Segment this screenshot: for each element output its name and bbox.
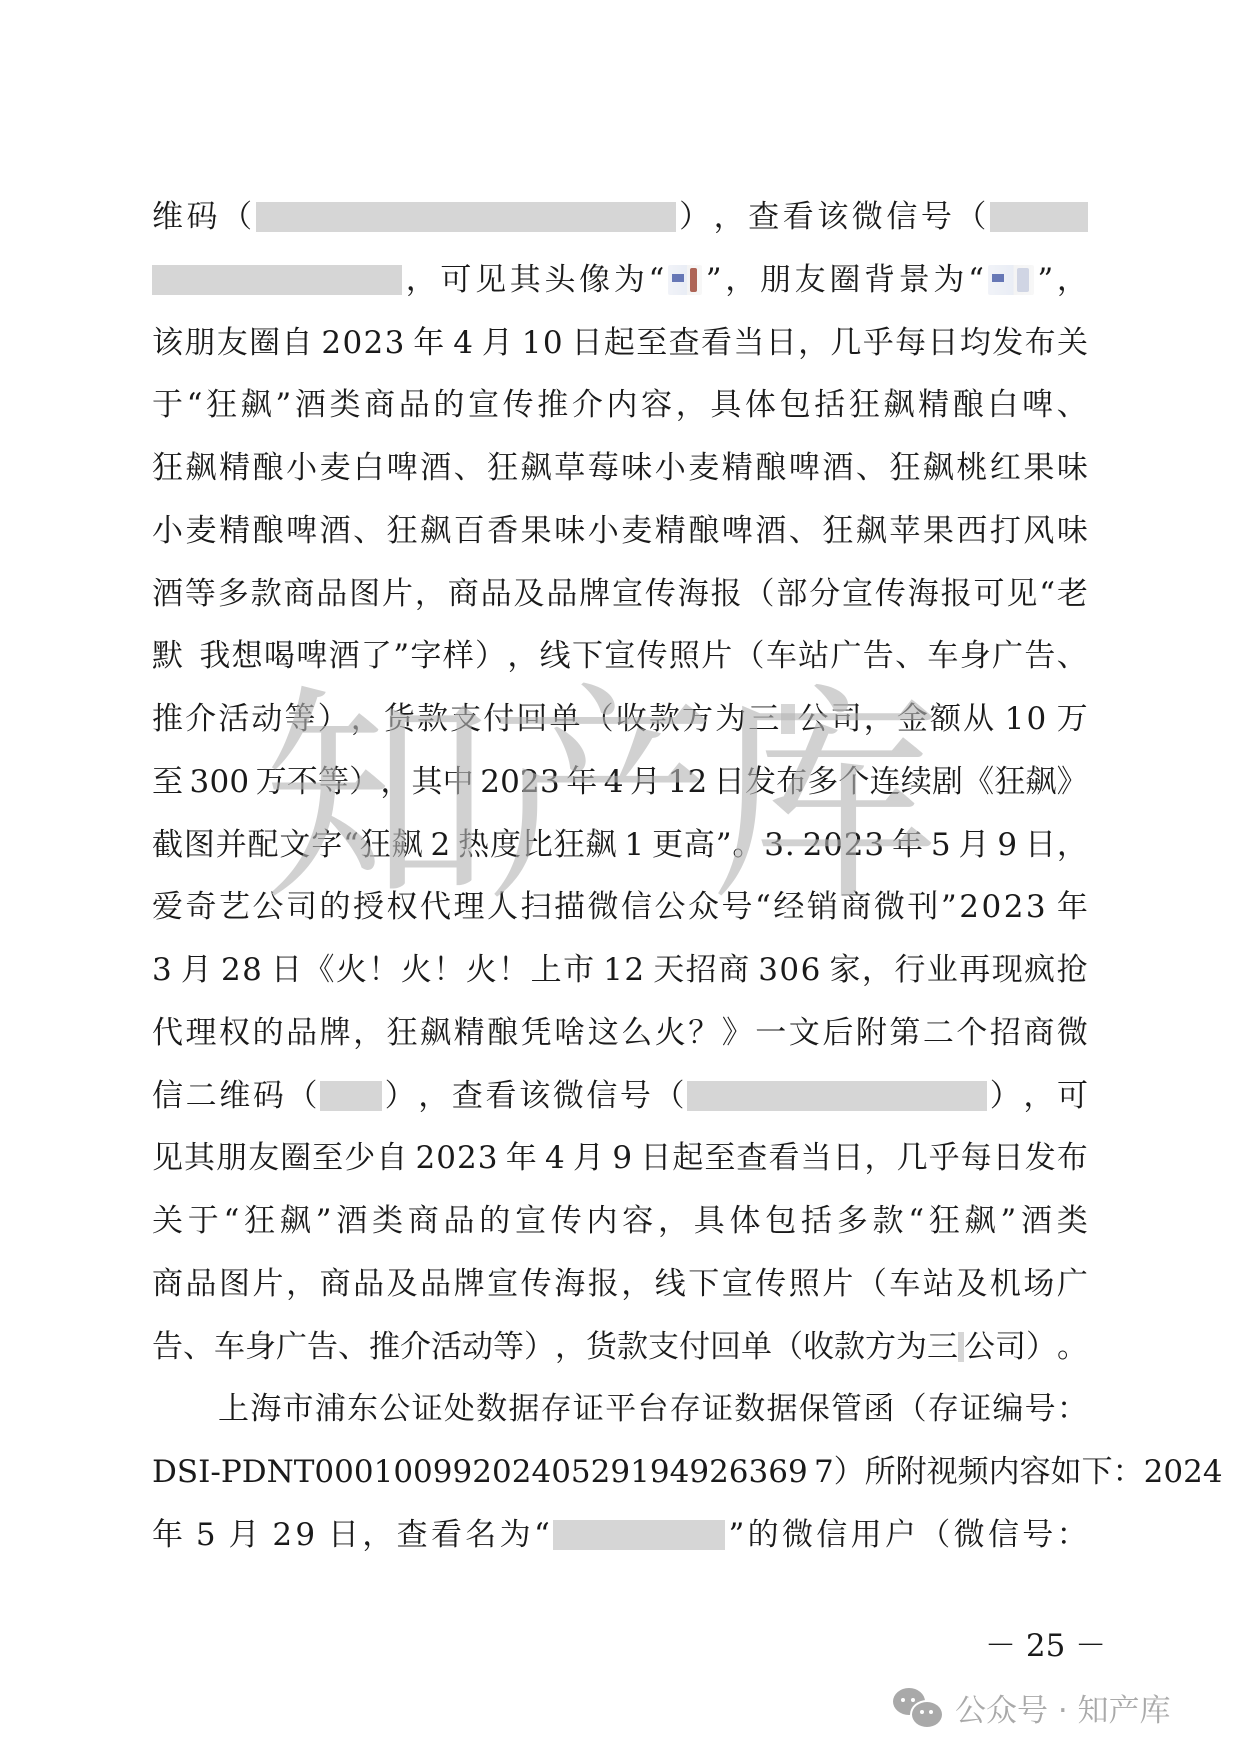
- text-char: 商: [364, 374, 395, 437]
- text-char: 2: [221, 939, 241, 1002]
- text-char: 信: [988, 1504, 1019, 1567]
- text-char: 东: [347, 1378, 378, 1441]
- text-char: 0: [543, 312, 563, 375]
- text-char: 微: [553, 1065, 584, 1128]
- text-char: 片: [822, 1253, 853, 1316]
- text-char: 6: [768, 1441, 788, 1504]
- text-char: 2: [709, 1441, 729, 1504]
- text-char: “: [187, 374, 203, 437]
- text-char: 理: [186, 1002, 217, 1065]
- text-char: 1: [374, 1441, 394, 1504]
- text-char: 具: [710, 374, 741, 437]
- text-char: 看: [768, 1127, 799, 1190]
- text-char: 0: [314, 1441, 334, 1504]
- text-char: 天: [653, 939, 684, 1002]
- text-char: [633, 1127, 639, 1190]
- text-char: 0: [551, 1441, 571, 1504]
- text-char: 3: [764, 814, 784, 877]
- text-char: [408, 1127, 414, 1190]
- text-char: 飙: [923, 437, 954, 500]
- text-char: 付: [679, 1316, 710, 1379]
- text-char: 味: [1057, 500, 1088, 563]
- text-char: 朋: [184, 312, 215, 375]
- text-char: 味: [554, 500, 585, 563]
- text-char: 公: [655, 876, 686, 939]
- text-char: ，: [418, 1065, 449, 1128]
- text-char: 及: [956, 1253, 987, 1316]
- text-char: ）: [475, 625, 506, 688]
- text-char: 默: [152, 625, 183, 688]
- text-char: 类: [1057, 1190, 1088, 1253]
- text-line: 3 月 28 日《火！火！火！上市 12 天招商 306 家，行业再现疯抢: [152, 939, 1088, 1002]
- text-char: 存: [541, 1378, 572, 1441]
- text-char: 小: [588, 500, 619, 563]
- text-char: 号: [620, 1065, 651, 1128]
- text-char: 红: [990, 437, 1021, 500]
- text-char: 均: [960, 312, 991, 375]
- text-char: 品: [316, 563, 347, 626]
- text-char: 酒: [755, 500, 786, 563]
- text-char: 见: [152, 1127, 183, 1190]
- text-char: 商: [1023, 1002, 1054, 1065]
- text-char: ，: [1057, 249, 1088, 312]
- text-char: “: [224, 1190, 240, 1253]
- text-char: 个: [838, 751, 869, 814]
- text-char: ”: [728, 1504, 744, 1567]
- text-char: 海: [250, 1378, 281, 1441]
- text-char: 的: [748, 1504, 779, 1567]
- text-char: 品: [420, 1253, 451, 1316]
- text-char: 少: [344, 1127, 375, 1190]
- text-char: [751, 939, 757, 1002]
- text-char: 海: [554, 1253, 585, 1316]
- text-char: ，: [714, 186, 745, 249]
- text-char: 酒: [320, 500, 351, 563]
- text-char: [514, 312, 520, 375]
- text-char: 及: [513, 563, 544, 626]
- text-char: 信: [886, 186, 917, 249]
- text-char: ”: [1000, 1190, 1016, 1253]
- text-char: 其: [412, 751, 443, 814]
- text-char: 喝: [264, 625, 295, 688]
- text-char: [624, 751, 630, 814]
- text-char: 如: [1051, 1441, 1082, 1504]
- text-char: 款: [617, 1316, 648, 1379]
- text-char: 维: [152, 186, 183, 249]
- text-char: 支: [450, 688, 481, 751]
- text-char: [192, 625, 198, 688]
- text-char: 酿: [953, 374, 984, 437]
- text-char: ，: [380, 751, 411, 814]
- text-char: [474, 751, 480, 814]
- text-char: 爱: [152, 876, 183, 939]
- text-char: 狂: [387, 1002, 418, 1065]
- text-char: “: [534, 1504, 550, 1567]
- text-char: 桃: [956, 437, 987, 500]
- text-char: 照: [789, 1253, 820, 1316]
- text-char: 5: [571, 1441, 591, 1504]
- text-char: 下: [688, 1253, 719, 1316]
- text-char: 号: [1025, 1378, 1056, 1441]
- moments-background-thumbnail: [988, 265, 1034, 295]
- text-char: 证: [960, 1378, 991, 1441]
- text-char: [451, 814, 457, 877]
- text-char: 精: [655, 500, 686, 563]
- text-char: 万: [1057, 688, 1088, 751]
- text-char: 、: [856, 437, 887, 500]
- text-char: 发: [1025, 1127, 1056, 1190]
- text-char: ）: [349, 751, 380, 814]
- text-char: ！: [433, 939, 464, 1002]
- text-char: 想: [232, 625, 263, 688]
- text-char: 几: [830, 312, 861, 375]
- text-char: 存: [928, 1378, 959, 1441]
- text-char: 4: [545, 1127, 565, 1190]
- text-char: 果: [1023, 437, 1054, 500]
- text-char: 了: [361, 625, 392, 688]
- text-char: ）: [318, 688, 349, 751]
- text-char: 酿: [253, 437, 284, 500]
- text-char: 酿: [487, 1002, 518, 1065]
- text-char: 等: [285, 688, 316, 751]
- text-char: 看: [701, 312, 732, 375]
- text-char: 照: [669, 625, 700, 688]
- text-char: ”: [393, 625, 409, 688]
- text-char: 内: [606, 374, 637, 437]
- text-char: 站: [923, 1253, 954, 1316]
- text-char: 再: [959, 939, 990, 1002]
- text-char: 分: [809, 563, 840, 626]
- text-char: 自: [281, 312, 312, 375]
- text-char: 推: [152, 688, 183, 751]
- text-char: 日: [1025, 814, 1056, 877]
- text-char: 司: [995, 1316, 1026, 1379]
- text-char: 0: [334, 1441, 354, 1504]
- text-char: 存: [670, 1378, 701, 1441]
- text-char: 2: [480, 751, 500, 814]
- text-char: 销: [807, 876, 838, 939]
- text-char: 报: [941, 563, 972, 626]
- text-char: 月: [573, 1127, 604, 1190]
- text-char: [996, 688, 1002, 751]
- text-char: 频: [958, 1441, 989, 1504]
- text-char: 香: [487, 500, 518, 563]
- text-line: 信二维码（），查看该微信号（），可: [152, 1065, 1088, 1128]
- text-char: 精: [722, 437, 753, 500]
- text-char: 《: [303, 939, 334, 1002]
- text-char: 3: [190, 751, 210, 814]
- text-char: 并: [216, 814, 247, 877]
- text-char: 月: [630, 751, 661, 814]
- text-char: 飙: [856, 500, 887, 563]
- text-char: 2: [591, 1441, 611, 1504]
- text-char: 看: [431, 1504, 462, 1567]
- text-char: 编: [992, 1378, 1023, 1441]
- text-char: 信: [816, 1504, 847, 1567]
- text-char: 三: [748, 688, 779, 751]
- text-char: 款: [417, 688, 448, 751]
- text-char: 品: [186, 1253, 217, 1316]
- text-char: [924, 814, 930, 877]
- text-char: 宣: [604, 625, 635, 688]
- text-char: 0: [354, 1441, 374, 1504]
- text-char: 的: [479, 1190, 510, 1253]
- wechat-account-label: 公众号 · 知产库: [955, 1685, 1171, 1730]
- text-char: 容: [641, 374, 672, 437]
- text-char: 司: [831, 688, 862, 751]
- text-char: 0: [393, 1441, 413, 1504]
- text-char: 老: [1057, 563, 1088, 626]
- text-char: 关: [152, 1190, 183, 1253]
- text-char: 商: [320, 1253, 351, 1316]
- text-char: 2: [415, 1127, 435, 1190]
- text-char: 车: [766, 625, 797, 688]
- text-char: 西: [956, 500, 987, 563]
- text-char: 经: [773, 876, 804, 939]
- text-char: 0: [1026, 688, 1046, 751]
- text-char: （: [743, 563, 774, 626]
- text-char: 年: [892, 814, 923, 877]
- text-char: [184, 625, 190, 688]
- text-char: 0: [413, 1441, 433, 1504]
- text-char: 7: [814, 1441, 834, 1504]
- text-char: T: [294, 1441, 315, 1504]
- text-char: 2: [959, 876, 979, 939]
- text-line: 爱奇艺公司的授权代理人扫描微信公众号“经销商微刊”2023 年: [152, 876, 1088, 939]
- text-char: 证: [412, 1378, 443, 1441]
- text-char: 飙: [241, 374, 272, 437]
- text-char: 等: [493, 1316, 524, 1379]
- text-char: 告: [152, 1316, 183, 1379]
- text-char: 微: [954, 1504, 985, 1567]
- text-char: 9: [997, 814, 1017, 877]
- text-char: 狂: [849, 374, 880, 437]
- text-char: 0: [500, 751, 520, 814]
- text-char: 。: [732, 814, 763, 877]
- text-char: 附: [896, 1441, 927, 1504]
- text-char: 0: [342, 312, 362, 375]
- text-char: 酿: [253, 500, 284, 563]
- text-char: 其: [510, 249, 541, 312]
- text-char: 日: [572, 312, 603, 375]
- text-char: 场: [1023, 1253, 1054, 1316]
- text-char: ，: [658, 1190, 689, 1253]
- text-char: 这: [588, 1002, 619, 1065]
- text-char: 部: [776, 563, 807, 626]
- text-char: 酒: [822, 437, 853, 500]
- document-page: 维码（），查看该微信号（，可见其头像为“”，朋友圈背景为“”，该朋友圈自 202…: [0, 0, 1240, 1753]
- text-char: 头: [544, 249, 575, 312]
- text-char: 宣: [487, 1253, 518, 1316]
- text-char: 片: [701, 625, 732, 688]
- text-char: 像: [579, 249, 610, 312]
- text-char: I: [198, 1441, 210, 1504]
- text-char: 每: [961, 1127, 992, 1190]
- text-char: （: [772, 1316, 803, 1379]
- text-char: 片: [253, 1253, 284, 1316]
- text-char: 线: [655, 1253, 686, 1316]
- redacted-block: [781, 704, 795, 734]
- text-char: 小: [152, 500, 183, 563]
- text-char: 二: [186, 1065, 217, 1128]
- text-char: 苹: [889, 500, 920, 563]
- text-char: 酒: [295, 374, 326, 437]
- text-char: 市: [283, 1378, 314, 1441]
- text-char: 月: [181, 939, 212, 1002]
- text-char: 、: [1057, 625, 1088, 688]
- text-char: 扫: [521, 876, 552, 939]
- text-char: 商: [408, 1190, 439, 1253]
- text-char: 多: [218, 563, 249, 626]
- text-char: 行: [894, 939, 925, 1002]
- text-char: 商: [152, 1253, 183, 1316]
- text-char: 权: [387, 876, 418, 939]
- text-char: 上: [218, 1378, 249, 1441]
- text-char: 2: [844, 814, 864, 877]
- text-char: 日: [993, 1127, 1024, 1190]
- text-char: 1: [1005, 688, 1025, 751]
- text-char: 不: [287, 751, 318, 814]
- text-char: 莓: [588, 437, 619, 500]
- text-char: 麦: [186, 500, 217, 563]
- text-char: 可: [1057, 1065, 1088, 1128]
- text-char: 下: [572, 625, 603, 688]
- text-char: 图: [184, 814, 215, 877]
- text-char: 小: [655, 437, 686, 500]
- text-char: 1: [522, 312, 542, 375]
- text-char: 飙: [392, 814, 423, 877]
- text-line: 于“狂飙”酒类商品的宣传推介内容，具体包括狂飙精酿白啤、: [152, 374, 1088, 437]
- text-char: 品: [546, 563, 577, 626]
- text-char: “: [343, 814, 359, 877]
- text-char: 后: [822, 1002, 853, 1065]
- text-char: 截: [152, 814, 183, 877]
- text-char: D: [242, 1441, 267, 1504]
- text-char: 0: [981, 876, 1001, 939]
- text-char: 管: [831, 1378, 862, 1441]
- text-char: 麦: [621, 500, 652, 563]
- text-char: 授: [353, 876, 384, 939]
- text-char: 0: [1163, 1441, 1183, 1504]
- text-char: [566, 1127, 572, 1190]
- text-char: 布: [776, 751, 807, 814]
- text-char: ，: [353, 1002, 384, 1065]
- text-char: 飙: [521, 437, 552, 500]
- text-char: 精: [918, 374, 949, 437]
- text-char: ”: [1037, 249, 1053, 312]
- text-char: 中: [443, 751, 474, 814]
- text-char: 上: [531, 939, 562, 1002]
- text-char: 图: [219, 1253, 250, 1316]
- text-char: 酒: [1021, 1190, 1052, 1253]
- text-char: 单: [550, 688, 581, 751]
- text-char: 为: [500, 1504, 531, 1567]
- text-char: 月: [482, 312, 513, 375]
- text-char: 4: [531, 1441, 551, 1504]
- text-char: 飙: [280, 1190, 311, 1253]
- text-char: 单: [741, 1316, 772, 1379]
- text-char: 业: [927, 939, 958, 1002]
- text-char: ）: [1026, 1316, 1057, 1379]
- text-char: 4: [453, 312, 473, 375]
- text-char: 风: [1023, 500, 1054, 563]
- text-char: 3: [478, 1127, 498, 1190]
- text-char: 可: [440, 249, 471, 312]
- text-char: 6: [729, 1441, 749, 1504]
- text-char: 众: [688, 876, 719, 939]
- text-char: 一: [755, 1002, 786, 1065]
- text-line: 截图并配文字“狂飙 2 热度比狂飙 1 更高”。3. 2023 年 5 月 9 …: [152, 814, 1088, 877]
- text-char: ，: [362, 1504, 393, 1567]
- text-char: 背: [864, 249, 895, 312]
- text-char: 9: [689, 1441, 709, 1504]
- text-char: ）: [990, 1065, 1021, 1128]
- text-char: 小: [286, 437, 317, 500]
- text-char: ，: [555, 1316, 586, 1379]
- text-char: 报: [711, 563, 742, 626]
- text-char: [219, 1504, 225, 1567]
- text-char: 宣: [722, 1253, 753, 1316]
- wechat-icon: [893, 1686, 943, 1728]
- text-char: ）: [834, 1441, 865, 1504]
- text-char: 多: [837, 1190, 868, 1253]
- text-char: 号: [1022, 1504, 1053, 1567]
- text-char: [951, 814, 957, 877]
- text-char: 具: [694, 1190, 725, 1253]
- text-char: 当: [800, 1127, 831, 1190]
- text-char: 品: [481, 563, 512, 626]
- text-char: 日: [640, 1127, 671, 1190]
- text-char: 年: [413, 312, 444, 375]
- text-char: 文: [279, 814, 310, 877]
- text-char: 9: [788, 1441, 808, 1504]
- text-char: 2: [431, 814, 451, 877]
- text-char: [822, 939, 828, 1002]
- text-char: 8: [242, 939, 262, 1002]
- text-char: 查: [748, 186, 779, 249]
- text-char: 日: [328, 1504, 359, 1567]
- text-char: 于: [188, 1190, 219, 1253]
- text-char: 5: [196, 1504, 216, 1567]
- text-char: 0: [436, 1127, 456, 1190]
- text-char: ，: [864, 688, 895, 751]
- text-line: 狂飙精酿小麦白啤酒、狂飙草莓味小麦精酿啤酒、狂飙桃红果味: [152, 437, 1088, 500]
- text-char: （: [583, 688, 614, 751]
- text-char: D: [152, 1441, 177, 1504]
- text-char: 2: [512, 1441, 532, 1504]
- text-char: 2: [1183, 1441, 1203, 1504]
- text-char: 2: [321, 312, 341, 375]
- text-char: 日: [714, 751, 745, 814]
- text-char: 起: [672, 1127, 703, 1190]
- text-char: 啤: [296, 625, 327, 688]
- text-char: [406, 312, 412, 375]
- text-char: ，: [725, 249, 756, 312]
- text-char: 9: [295, 1504, 315, 1567]
- text-char: 线: [540, 625, 571, 688]
- text-char: 代: [420, 876, 451, 939]
- text-char: 比: [522, 814, 553, 877]
- text-line: 见其朋友圈至少自 2023 年 4 月 9 日起至查看当日，几乎每日发布: [152, 1127, 1088, 1190]
- text-char: ，: [676, 374, 707, 437]
- avatar-thumbnail: [668, 265, 702, 295]
- text-char: 为: [896, 1316, 927, 1379]
- text-line: 推介活动等），货款支付回单（收款方为三公司，金额从 10 万: [152, 688, 1088, 751]
- text-char: 9: [433, 1441, 453, 1504]
- redacted-block: [256, 202, 676, 232]
- text-char: 宣: [612, 563, 643, 626]
- text-char: [646, 939, 652, 1002]
